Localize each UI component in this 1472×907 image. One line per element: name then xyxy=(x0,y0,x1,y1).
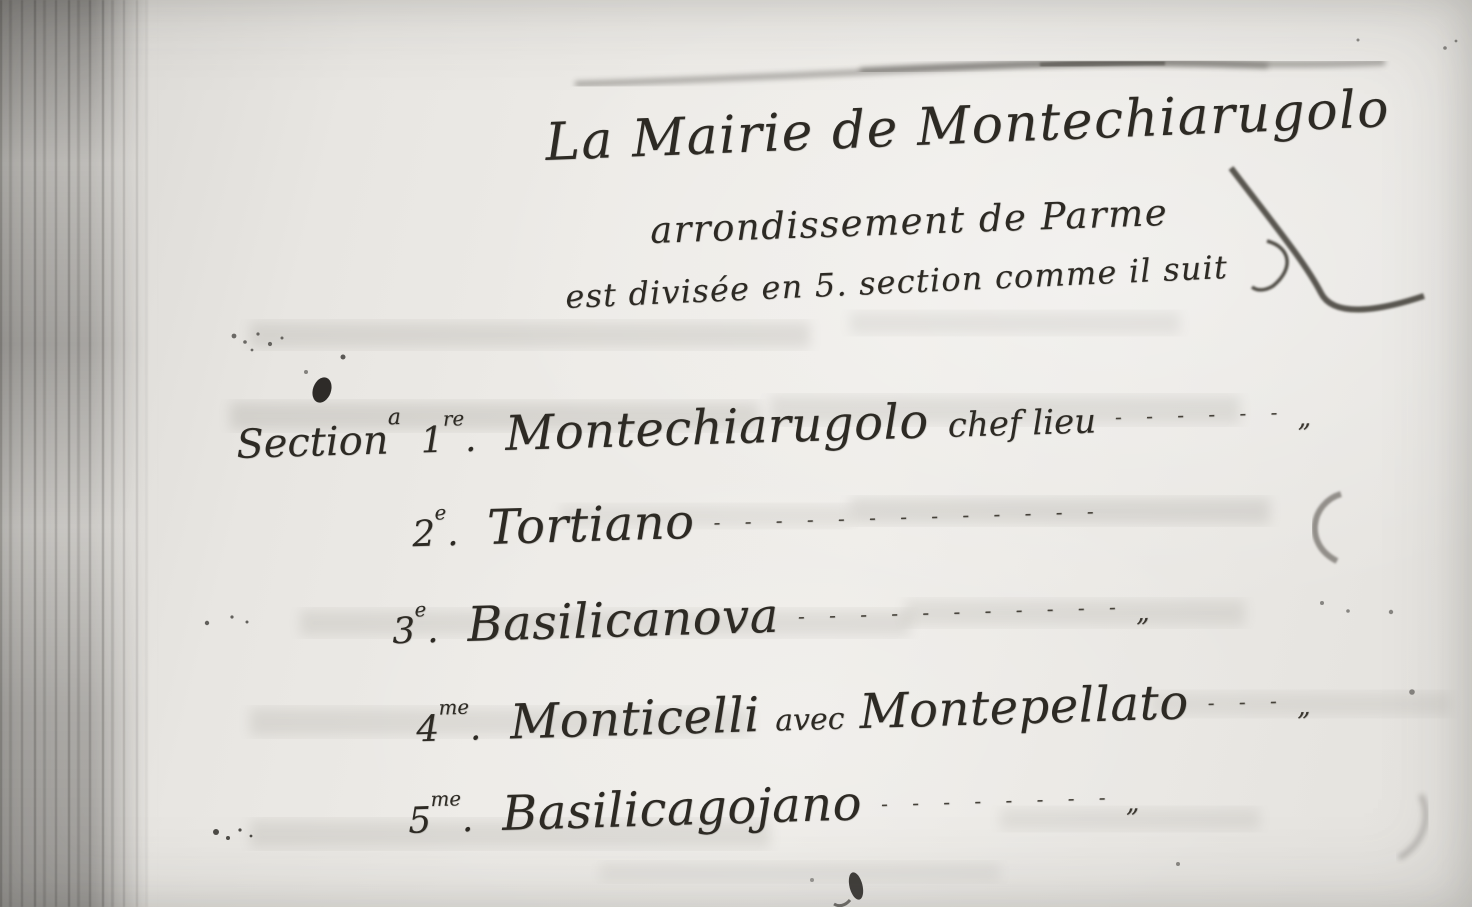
section-name: Basilicanova xyxy=(466,588,779,653)
number-text: 3 xyxy=(392,611,416,653)
number-text: 5 xyxy=(408,800,432,842)
dash-leader: - - - - - - xyxy=(1115,400,1287,429)
ink-blot xyxy=(304,355,346,406)
right-curve-marks xyxy=(1315,494,1426,858)
manuscript-page: La Mairie de Montechiarugolo arrondissem… xyxy=(0,0,1472,907)
top-smudge-line xyxy=(575,62,1385,84)
number-period: . xyxy=(446,513,459,554)
section-name: Basilicagojano xyxy=(501,775,863,842)
section-row-5: 5me. Basilicagojano - - - - - - - - „ xyxy=(407,767,1140,845)
section-row-3: 3e. Basilicanova - - - - - - - - - - - „ xyxy=(391,577,1150,655)
section-number: 3e. xyxy=(392,610,439,652)
title-line: La Mairie de Montechiarugolo xyxy=(544,79,1391,173)
intro-line: est divisée en 5. section comme il suit xyxy=(564,248,1228,316)
section-number: 2e. xyxy=(412,513,459,555)
section-name-secondary: Montepellato xyxy=(859,674,1190,740)
number-superscript: me xyxy=(430,787,461,811)
dash-leader: - - - - - - - - xyxy=(881,785,1115,816)
section-number: 5me. xyxy=(408,799,474,842)
bottom-ink-blot xyxy=(810,871,866,906)
number-period: . xyxy=(426,610,439,651)
number-superscript: me xyxy=(438,696,469,720)
number-period: . xyxy=(464,419,477,460)
ink-speck-cluster-upper-left xyxy=(232,332,284,351)
section-name: Tortiano xyxy=(486,494,695,556)
number-text: 4 xyxy=(416,709,440,751)
ink-speck-cluster-lower-left xyxy=(213,828,252,840)
dash-leader: - - - xyxy=(1207,688,1286,714)
scattered-specks-right xyxy=(1176,39,1457,867)
section-word-superscript: a xyxy=(387,405,401,430)
section-suffix: chef lieu xyxy=(947,401,1096,445)
section-name: Monticelli xyxy=(509,687,761,750)
subtitle-line: arrondissement de Parme xyxy=(649,191,1168,252)
ink-speck-cluster-mid-left xyxy=(205,615,249,625)
section-row-4: 4me. Monticelli avec Montepellato - - - … xyxy=(415,671,1311,754)
number-period: . xyxy=(461,799,474,840)
number-text: 2 xyxy=(412,514,436,556)
dash-leader: - - - - - - - - - - - - - xyxy=(713,499,1103,535)
ditto-mark: „ xyxy=(1297,403,1311,433)
section-name: Montechiarugolo xyxy=(504,393,929,462)
ditto-mark: „ xyxy=(1297,692,1311,722)
dash-leader: - - - - - - - - - - - xyxy=(798,594,1125,628)
section-number: 1re. xyxy=(420,419,477,462)
ditto-mark: „ xyxy=(1125,788,1139,818)
number-superscript: re xyxy=(443,407,465,431)
right-flourish-stroke xyxy=(1231,168,1424,310)
section-number: 4me. xyxy=(416,707,482,750)
section-word-text: Section xyxy=(236,417,389,467)
number-text: 1 xyxy=(420,420,444,462)
number-period: . xyxy=(469,707,482,748)
number-superscript: e xyxy=(434,501,446,524)
section-row-2: 2e. Tortiano - - - - - - - - - - - - - xyxy=(411,482,1103,558)
section-word: Sectiona xyxy=(236,417,403,468)
ditto-mark: „ xyxy=(1136,598,1150,628)
binding-shading xyxy=(0,0,150,907)
section-connector: avec xyxy=(775,702,845,739)
section-row-1: Sectiona 1re. Montechiarugolo chef lieu … xyxy=(235,382,1311,470)
number-superscript: e xyxy=(414,598,426,621)
